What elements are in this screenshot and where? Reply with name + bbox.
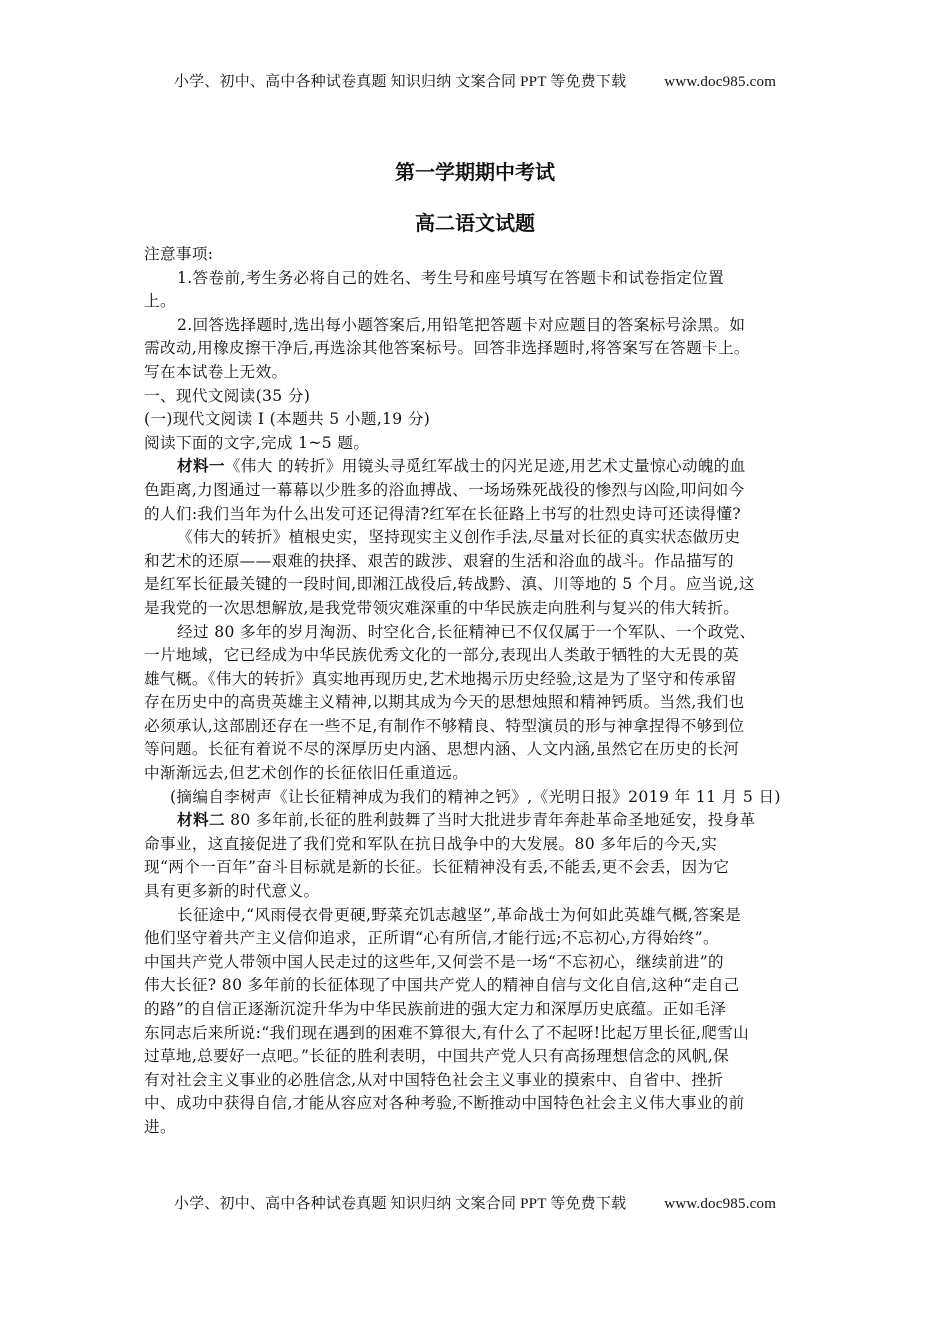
material2-line: 伟大长征? 80 多年前的长征体现了中国共产党人的精神自信与文化自信,这种“走自… [144,974,814,998]
notice-item-2-line: 2.回答选择题时,选出每小题答案后,用铅笔把答题卡对应题目的答案标号涂黑。如 [144,314,814,338]
material2-line: 过草地,总要好一点吧。”长征的胜利表明，中国共产党人只有高扬理想信念的风帆,保 [144,1045,814,1069]
material2-line: 中国共产党人带领中国人民走过的这些年,又何尝不是一场“不忘初心，继续前进”的 [144,951,814,975]
material1-line: 必须承认,这部剧还存在一些不足,有制作不够精良、特型演员的形与神拿捏得不够到位 [144,715,814,739]
footer-text: 小学、初中、高中各种试卷真题 知识归纳 文案合同 PPT 等免费下载 [174,1196,626,1212]
section-heading: 一、现代文阅读(35 分) [144,385,814,409]
document-body: 注意事项: 1.答卷前,考生务必将自己的姓名、考生号和座号填写在答题卡和试卷指定… [144,243,814,1140]
material2-line: 的路”的自信正逐渐沉淀升华为中华民族前进的强大定力和深厚历史底蕴。正如毛泽 [144,998,814,1022]
material2-line: 具有更多新的时代意义。 [144,880,814,904]
footer-site-link[interactable]: www.doc985.com [664,1196,776,1212]
notice-item-2-line: 写在本试卷上无效。 [144,361,814,385]
notice-item-1-line: 1.答卷前,考生务必将自己的姓名、考生号和座号填写在答题卡和试卷指定位置 [144,267,814,291]
header-text: 小学、初中、高中各种试卷真题 知识归纳 文案合同 PPT 等免费下载 [174,74,626,90]
material1-line: 等问题。长征有着说不尽的深厚历史内涵、思想内涵、人文内涵,虽然它在历史的长河 [144,738,814,762]
material1-line: 和艺术的还原——艰难的抉择、艰苦的跋涉、艰窘的生活和浴血的战斗。作品描写的 [144,550,814,574]
header-site-link[interactable]: www.doc985.com [664,74,776,90]
page-header: 小学、初中、高中各种试卷真题 知识归纳 文案合同 PPT 等免费下载www.do… [0,70,950,91]
page-footer: 小学、初中、高中各种试卷真题 知识归纳 文案合同 PPT 等免费下载www.do… [0,1192,950,1213]
material1-line: 《伟大的转折》植根史实，坚持现实主义创作手法,尽量对长征的真实状态做历史 [144,526,814,550]
material1-line: 的人们:我们当年为什么出发可还记得清?红军在长征路上书写的壮烈史诗可还读得懂? [144,503,814,527]
material2-label: 材料二 [177,811,225,829]
material1-line: 是红军长征最关键的一段时间,即湘江战役后,转战黔、滇、川等地的 5 个月。应当说… [144,573,814,597]
material1-line: 中渐渐远去,但艺术创作的长征依旧任重道远。 [144,762,814,786]
section-subheading: (一)现代文阅读 I (本题共 5 小题,19 分) [144,408,814,432]
material2-line: 东同志后来所说:“我们现在遇到的困难不算很大,有什么了不起呀!比起万里长征,爬雪… [144,1022,814,1046]
section-instruction: 阅读下面的文字,完成 1~5 题。 [144,432,814,456]
material1-line: 材料一《伟大 的转折》用镜头寻觅红军战士的闪光足迹,用艺术丈量惊心动魄的血 [144,455,814,479]
notice-item-1-line: 上。 [144,290,814,314]
material1-line: 色距离,力图通过一幕幕以少胜多的浴血搏战、一场场殊死战役的惨烈与凶险,叩问如今 [144,479,814,503]
material1-label: 材料一 [177,457,225,475]
exam-subtitle: 高二语文试题 [0,207,950,236]
notice-item-2-line: 需改动,用橡皮擦干净后,再选涂其他答案标号。回答非选择题时,将答案写在答题卡上。 [144,337,814,361]
material1-source: (摘编自李树声《让长征精神成为我们的精神之钙》,《光明日报》2019 年 11 … [144,786,814,810]
material2-line: 进。 [144,1116,814,1140]
material2-line: 他们坚守着共产主义信仰追求，正所谓“心有所信,才能行远;不忘初心,方得始终”。 [144,927,814,951]
material2-line: 命事业，这直接促进了我们党和军队在抗日战争中的大发展。80 多年后的今天,实 [144,833,814,857]
material1-line: 是我党的一次思想解放,是我党带领灾难深重的中华民族走向胜利与复兴的伟大转折。 [144,597,814,621]
material2-line: 长征途中,“风雨侵衣骨更硬,野菜充饥志越坚”,革命战士为何如此英雄气概,答案是 [144,904,814,928]
material2-line: 有对社会主义事业的必胜信念,从对中国特色社会主义事业的摸索中、自省中、挫折 [144,1069,814,1093]
material2-line: 现“两个一百年”奋斗目标就是新的长征。长征精神没有丢,不能丢,更不会丢，因为它 [144,856,814,880]
material2-line: 材料二 80 多年前,长征的胜利鼓舞了当时大批进步青年奔赴革命圣地延安，投身革 [144,809,814,833]
material1-line: 经过 80 多年的岁月淘沥、时空化合,长征精神已不仅仅属于一个军队、一个政党、 [144,621,814,645]
notice-heading: 注意事项: [144,243,814,267]
exam-title: 第一学期期中考试 [0,156,950,185]
material1-line: 存在历史中的高贵英雄主义精神,以期其成为今天的思想烛照和精神钙质。当然,我们也 [144,691,814,715]
material2-line: 中、成功中获得自信,才能从容应对各种考验,不断推动中国特色社会主义伟大事业的前 [144,1092,814,1116]
material1-line: 雄气概。《伟大的转折》真实地再现历史,艺术地揭示历史经验,这是为了坚守和传承留 [144,668,814,692]
material1-line: 一片地域，它已经成为中华民族优秀文化的一部分,表现出人类敢于牺牲的大无畏的英 [144,644,814,668]
